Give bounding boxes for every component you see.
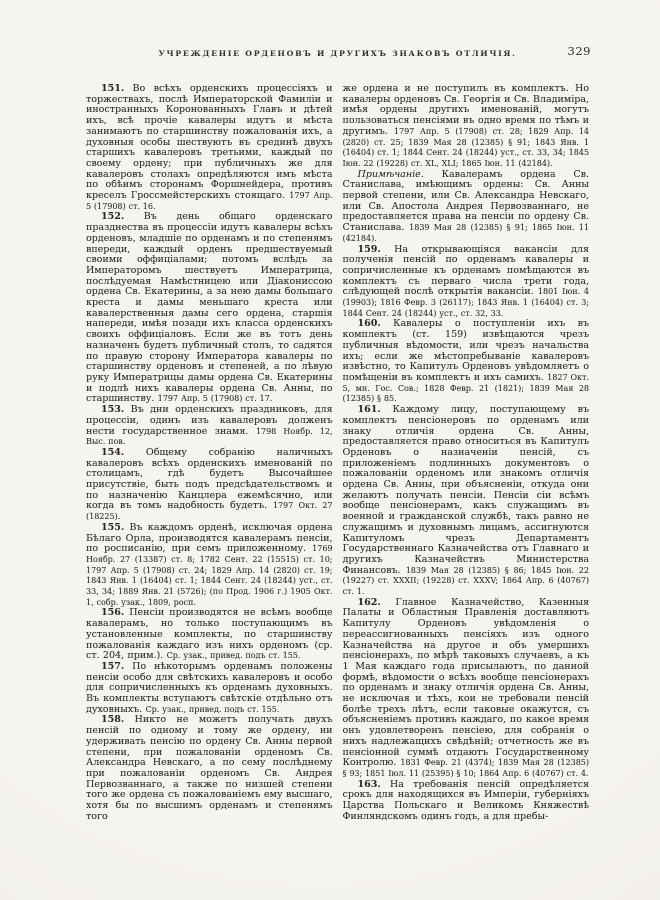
section-number: 152. <box>101 211 124 222</box>
page-header: УЧРЕЖДЕНІЕ ОРДЕНОВЪ И ДРУГИХЪ ЗНАКОВЪ ОТ… <box>86 47 589 63</box>
paragraph-text: Никто не можетъ получать двухъ пенсій по… <box>86 714 333 821</box>
section-number: 153. <box>101 404 124 415</box>
paragraph-text: Каждому лицу, поступающему въ комплектъ … <box>343 404 590 576</box>
document-page: УЧРЕЖДЕНІЕ ОРДЕНОВЪ И ДРУГИХЪ ЗНАКОВЪ ОТ… <box>0 0 660 900</box>
running-title: УЧРЕЖДЕНІЕ ОРДЕНОВЪ И ДРУГИХЪ ЗНАКОВЪ ОТ… <box>86 49 589 58</box>
section-number: 162. <box>358 597 381 608</box>
left-column: 151. Во всѣхъ орденскихъ процессіяхъ и т… <box>86 84 333 823</box>
section-number: 159. <box>358 244 381 255</box>
article-paragraph: же ордена и не поступилъ въ комплектъ. Н… <box>343 84 590 170</box>
section-number: 158. <box>101 714 124 725</box>
section-number: 154. <box>101 447 124 458</box>
section-number: 163. <box>358 779 381 790</box>
paragraph-text: Во всѣхъ орденскихъ процессіяхъ и торжес… <box>86 83 333 201</box>
section-number: 155. <box>101 522 124 533</box>
page-number: 329 <box>568 44 591 58</box>
note-label: Примѣчаніе. <box>358 169 424 180</box>
section-number: 161. <box>358 404 381 415</box>
article-paragraph: 159. На открывающіяся вакансіи для получ… <box>343 245 590 320</box>
citation: Ср. узак., привед. подъ ст. 155. <box>146 705 280 714</box>
section-number: 156. <box>101 607 124 618</box>
article-paragraph: 162. Главное Казначейство, Казенныя Пала… <box>343 598 590 780</box>
paragraph-text: Въ день общаго орденскаго празднества въ… <box>86 211 333 404</box>
article-paragraph: 155. Въ каждомъ орденѣ, исключая ордена … <box>86 523 333 609</box>
article-paragraph: 163. На требованія пенсій опредѣляется с… <box>343 780 590 823</box>
article-paragraph: 153. Въ дни орденскихъ праздниковъ, для … <box>86 405 333 448</box>
article-paragraph: 154. Общему собранію наличныхъ кавалеров… <box>86 448 333 523</box>
article-paragraph: 158. Никто не можетъ получать двухъ пенс… <box>86 715 333 822</box>
article-paragraph: 152. Въ день общаго орденскаго празднест… <box>86 212 333 405</box>
paragraph-text: Главное Казначейство, Казенныя Палаты и … <box>343 597 590 769</box>
section-number: 151. <box>101 83 124 94</box>
citation: Ср. узак., привед. подъ ст. 155. <box>167 651 301 660</box>
right-column: же ордена и не поступилъ въ комплектъ. Н… <box>343 84 590 823</box>
article-paragraph: 160. Кавалеры о поступленіи ихъ въ компл… <box>343 319 590 405</box>
section-number: 157. <box>101 661 124 672</box>
article-paragraph: 161. Каждому лицу, поступающему въ компл… <box>343 405 590 598</box>
article-paragraph: Примѣчаніе. Кавалерамъ ордена Св. Станис… <box>343 170 590 245</box>
article-paragraph: 151. Во всѣхъ орденскихъ процессіяхъ и т… <box>86 84 333 212</box>
section-number: 160. <box>358 318 381 329</box>
text-block: 151. Во всѣхъ орденскихъ процессіяхъ и т… <box>86 84 589 823</box>
citation: 1797 Апр. 5 (17908) ст. 17. <box>158 394 273 403</box>
article-paragraph: 157. По нѣкоторымъ орденамъ положены пен… <box>86 662 333 716</box>
article-paragraph: 156. Пенсіи производятся не всѣмъ вообще… <box>86 608 333 662</box>
